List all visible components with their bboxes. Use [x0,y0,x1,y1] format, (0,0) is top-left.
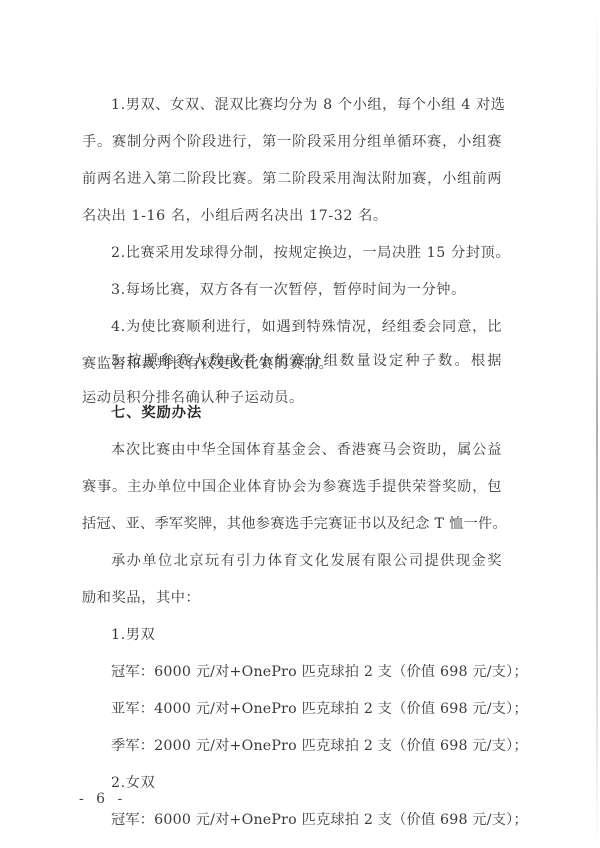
rule-1-line-4: 名决出 1-16 名，小组后两名决出 17-32 名。 [82,206,502,226]
rewards-para-1-line-3: 括冠、亚、季军奖牌，其他参赛选手完赛证书以及纪念 T 恤一件。 [82,514,502,534]
rewards-para-1-line-2: 赛事。主办单位中国企业体育协会为参赛选手提供荣誉奖励，包 [82,477,502,497]
mens-runner-up-prize: 亚军：4000 元/对+OnePro 匹克球拍 2 支（价值 698 元/支）； [111,699,502,719]
rule-3: 3.每场比赛，双方各有一次暂停，暂停时间为一分钟。 [111,280,502,300]
rewards-para-1-line-1: 本次比赛由中华全国体育基金会、香港赛马会资助，属公益 [111,440,502,460]
rewards-para-2-line-2: 励和奖品，其中： [82,588,502,608]
rule-1-line-3: 前两名进入第二阶段比赛。第二阶段采用淘汰附加赛，小组前两 [82,169,502,189]
category-mens-doubles: 1.男双 [111,625,502,645]
scan-page-edge [596,0,598,848]
womens-champion-prize: 冠军：6000 元/对+OnePro 匹克球拍 2 支（价值 698 元/支）； [111,810,502,830]
rewards-para-2-line-1: 承办单位北京玩有引力体育文化发展有限公司提供现金奖 [111,551,502,571]
mens-third-place-prize: 季军：2000 元/对+OnePro 匹克球拍 2 支（价值 698 元/支）； [111,736,502,756]
category-womens-doubles: 2.女双 [111,773,502,793]
rule-4-line-1: 4.为使比赛顺利进行，如遇到特殊情况，经组委会同意，比 [111,317,502,337]
rule-2: 2.比赛采用发球得分制，按规定换边，一局决胜 15 分封顶。 [111,243,502,263]
mens-champion-prize: 冠军：6000 元/对+OnePro 匹克球拍 2 支（价值 698 元/支）； [111,662,502,682]
section-heading-rewards: 七、奖励办法 [111,403,502,423]
page-number: - 6 - [79,791,126,807]
rule-1-line-1: 1.男双、女双、混双比赛均分为 8 个小组，每个小组 4 对选 [111,95,502,115]
rule-5-line-1: 5.按照参赛人数或者小组赛分组数量设定种子数。根据 [111,351,502,371]
rule-1-line-2: 手。赛制分两个阶段进行，第一阶段采用分组单循环赛，小组赛 [82,132,502,152]
